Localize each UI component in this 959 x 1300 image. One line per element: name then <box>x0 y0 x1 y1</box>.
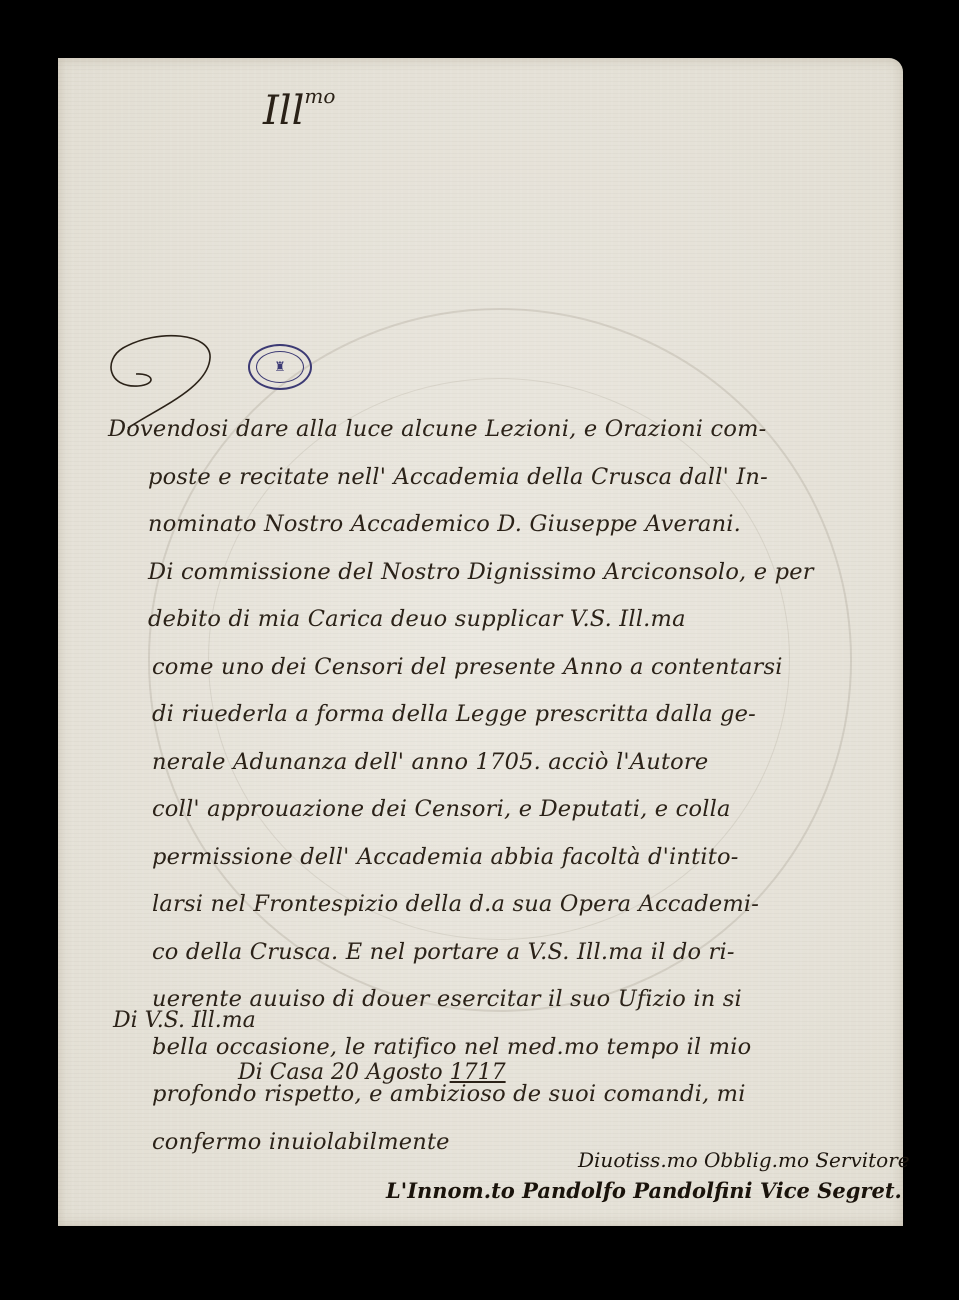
closing-formula: Di V.S. Ill.ma <box>113 1008 256 1033</box>
body-line: di riuederla a forma della Legge prescri… <box>108 691 898 739</box>
signature-valediction: Diuotiss.mo Obblig.mo Servitore <box>578 1148 910 1172</box>
salutation: Illmo <box>263 88 335 134</box>
signature-signer: Pandolfo Pandolfini Vice Segret. <box>522 1178 902 1203</box>
body-line: nerale Adunanza dell' anno 1705. acciò l… <box>108 739 898 787</box>
body-line: larsi nel Frontespizio della d.a sua Ope… <box>108 881 898 929</box>
signature-name: L'Innom.to Pandolfo Pandolfini Vice Segr… <box>386 1178 902 1203</box>
body-line: poste e recitate nell' Accademia della C… <box>108 454 898 502</box>
body-line: coll' approuazione dei Censori, e Deputa… <box>108 786 898 834</box>
body-line: Di commissione del Nostro Dignissimo Arc… <box>108 549 898 597</box>
library-stamp: ♜ <box>248 344 312 390</box>
signature-prefix: L'Innom.to <box>386 1178 515 1203</box>
stamp-emblem-icon: ♜ <box>256 351 304 383</box>
body-line: co della Crusca. E nel portare a V.S. Il… <box>108 929 898 977</box>
body-line: nominato Nostro Accademico D. Giuseppe A… <box>108 501 898 549</box>
body-line: debito di mia Carica deuo supplicar V.S.… <box>108 596 898 644</box>
body-line: Dovendosi dare alla luce alcune Lezioni,… <box>108 406 898 454</box>
body-line: permissione dell' Accademia abbia facolt… <box>108 834 898 882</box>
manuscript-page: Illmo ♜ Dovendosi dare alla luce alcune … <box>58 58 903 1226</box>
body-line: come uno dei Censori del presente Anno a… <box>108 644 898 692</box>
letter-body: Dovendosi dare alla luce alcune Lezioni,… <box>108 406 898 1166</box>
date-line: Di Casa 20 Agosto 1717 <box>238 1060 506 1086</box>
date-prefix: Di Casa 20 Agosto <box>238 1060 443 1085</box>
date-year: 1717 <box>450 1060 506 1085</box>
